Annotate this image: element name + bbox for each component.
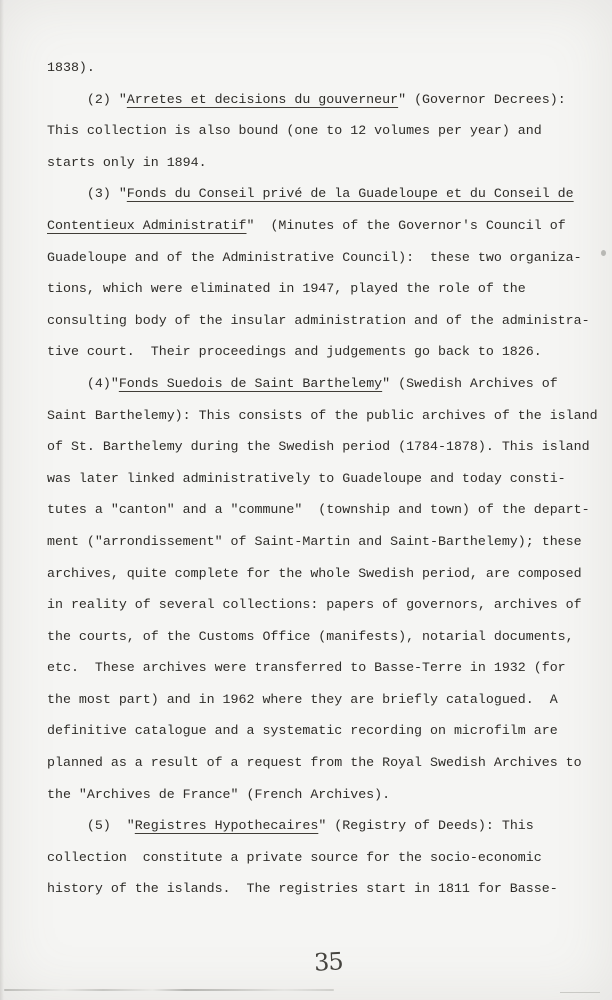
text-line: definitive catalogue and a systematic re… [47,715,612,747]
scan-artifact-line [560,992,600,993]
text-line: the "Archives de France" (French Archive… [47,779,612,811]
text-line: the courts, of the Customs Office (manif… [47,621,612,653]
handwritten-page-number: 35 [313,947,343,976]
text-line: tutes a "canton" and a "commune" (townsh… [47,494,612,526]
text-line: of St. Barthelemy during the Swedish per… [47,431,612,463]
text-line: (3) "Fonds du Conseil privé de la Guadel… [47,178,612,210]
text-line: Saint Barthelemy): This consists of the … [47,400,612,432]
scan-edge-shading [0,0,4,1000]
text-line: (2) "Arretes et decisions du gouverneur"… [47,84,612,116]
text-line: was later linked administratively to Gua… [47,463,612,495]
typewritten-text-block: 1838). (2) "Arretes et decisions du gouv… [47,52,612,905]
text-line: in reality of several collections: paper… [47,589,612,621]
text-line: consulting body of the insular administr… [47,305,612,337]
text-line: This collection is also bound (one to 12… [47,115,612,147]
scanned-document-page: 1838). (2) "Arretes et decisions du gouv… [0,0,612,1000]
text-line: tive court. Their proceedings and judgem… [47,336,612,368]
text-line: the most part) and in 1962 where they ar… [47,684,612,716]
text-line: etc. These archives were transferred to … [47,652,612,684]
text-line: 1838). [47,52,612,84]
text-line: archives, quite complete for the whole S… [47,558,612,590]
text-line: collection constitute a private source f… [47,842,612,874]
text-line: tions, which were eliminated in 1947, pl… [47,273,612,305]
text-line: Contentieux Administratif" (Minutes of t… [47,210,612,242]
text-line: planned as a result of a request from th… [47,747,612,779]
text-line: (4)"Fonds Suedois de Saint Barthelemy" (… [47,368,612,400]
text-line: starts only in 1894. [47,147,612,179]
text-line: ment ("arrondissement" of Saint-Martin a… [47,526,612,558]
text-line: history of the islands. The registries s… [47,873,612,905]
text-line: Guadeloupe and of the Administrative Cou… [47,242,612,274]
scan-artifact-mark [601,250,606,256]
text-line: (5) "Registres Hypothecaires" (Registry … [47,810,612,842]
scan-artifact-line [4,989,334,991]
